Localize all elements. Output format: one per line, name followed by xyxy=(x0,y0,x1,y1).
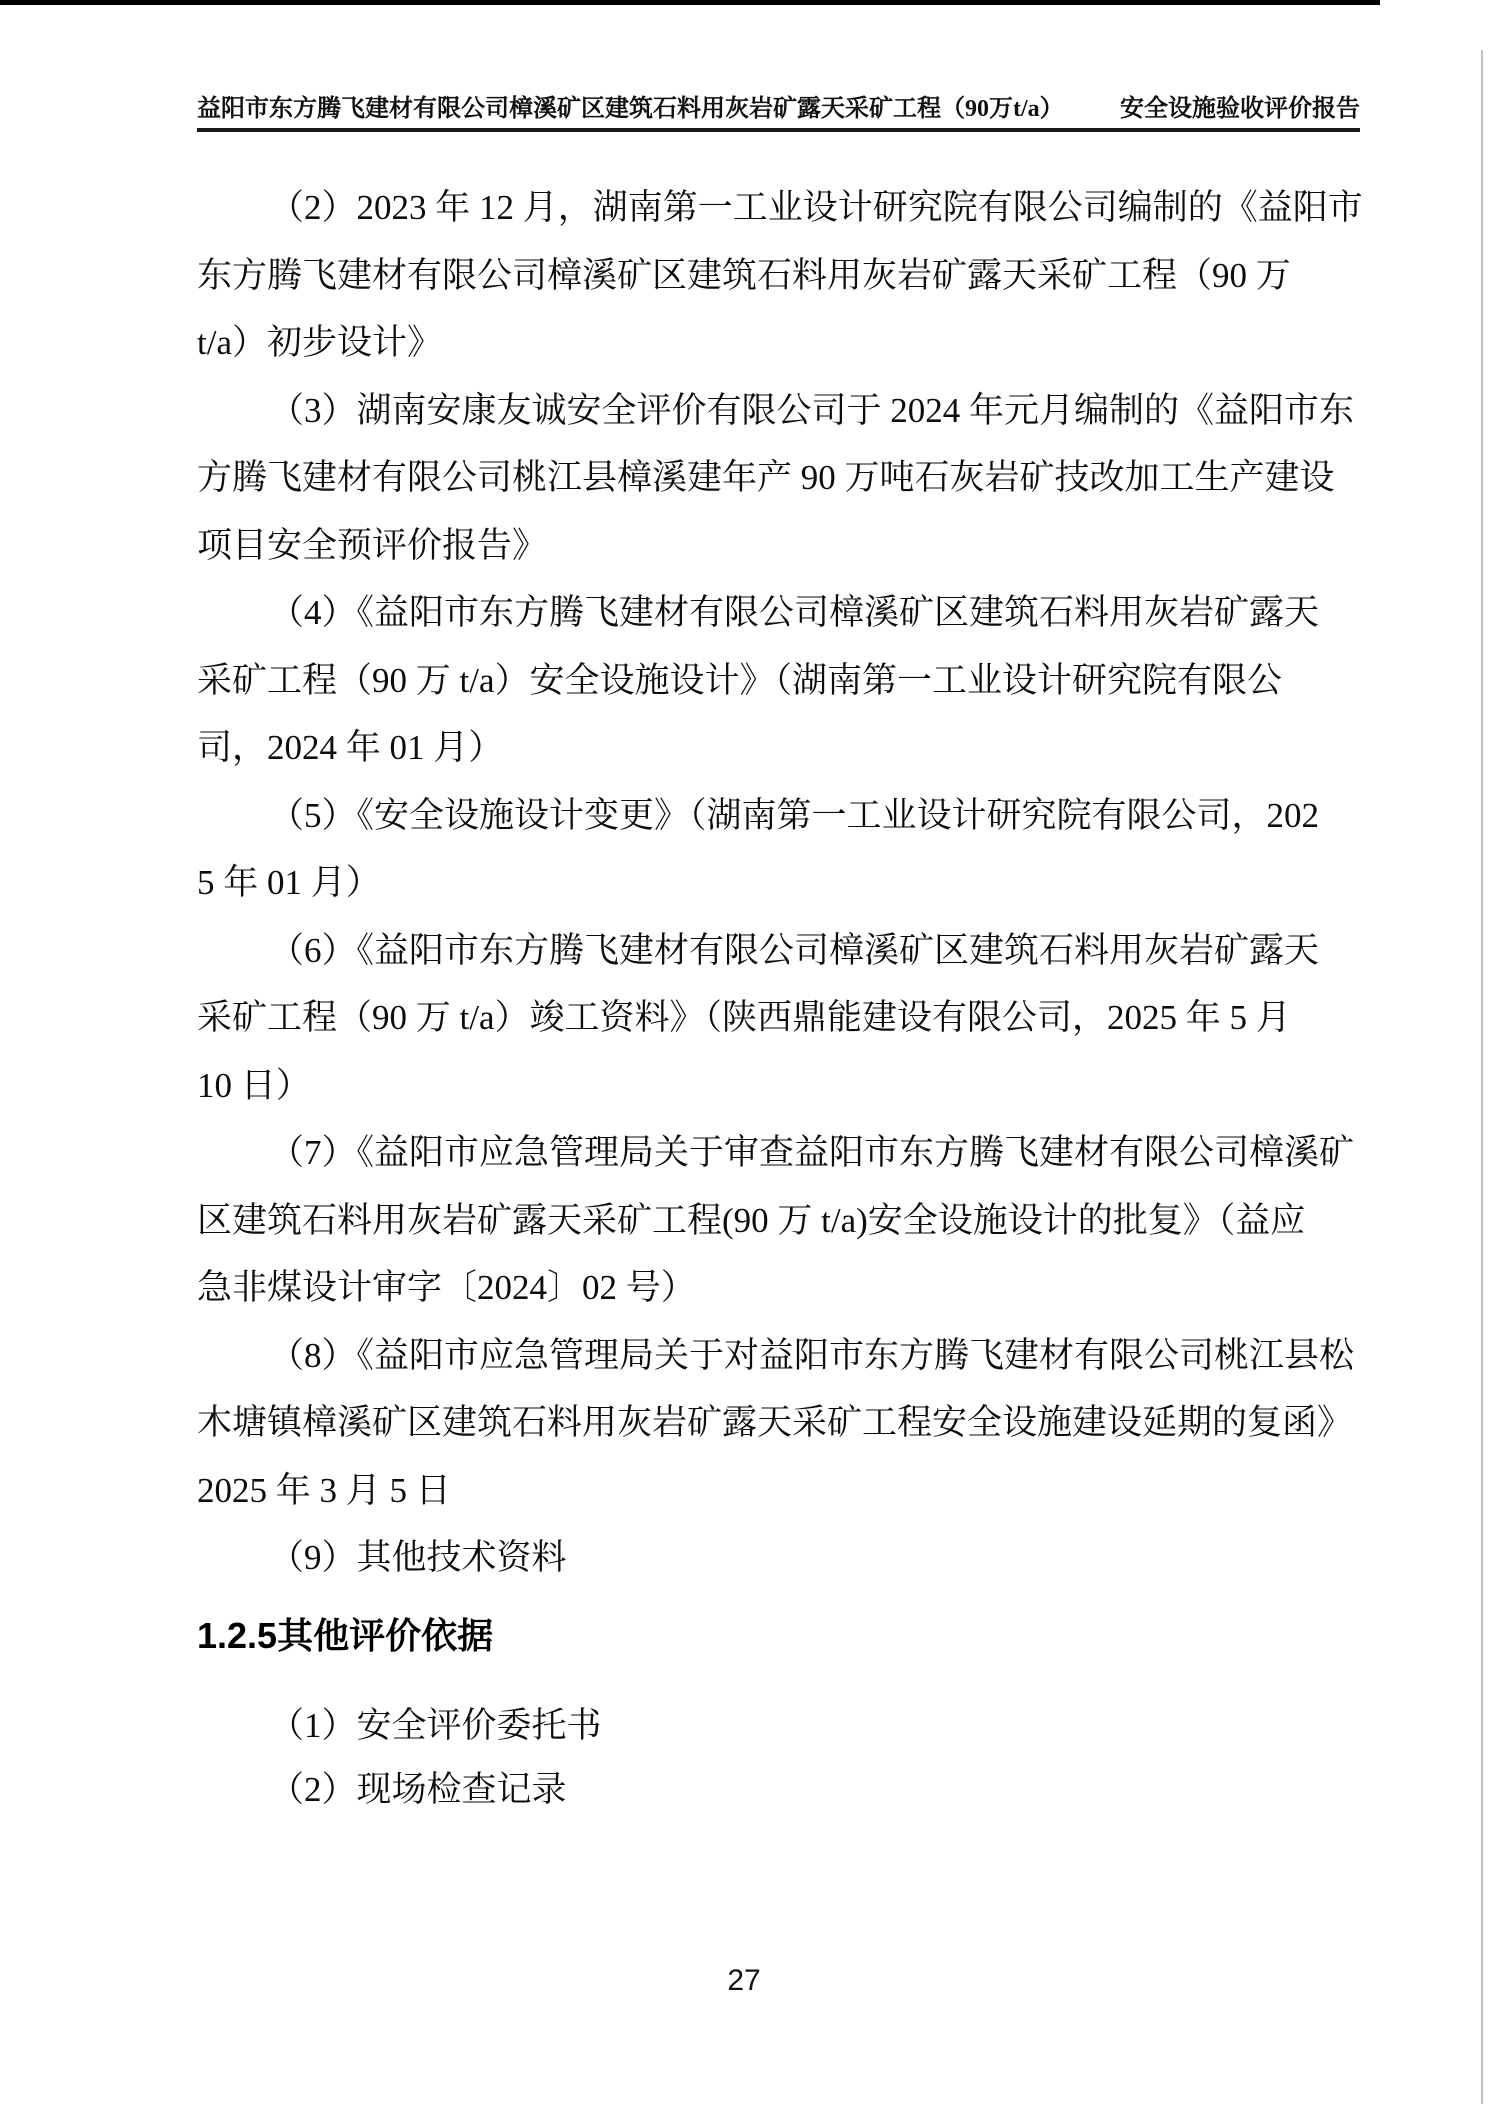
page-number: 27 xyxy=(0,1964,1488,1998)
body-line: 区建筑石料用灰岩矿露天采矿工程(90 万 t/a)安全设施设计的批复》（益应 xyxy=(197,1187,1357,1255)
section-heading: 1.2.5其他评价依据 xyxy=(197,1614,493,1658)
page-header: 益阳市东方腾飞建材有限公司樟溪矿区建筑石料用灰岩矿露天采矿工程（90万t/a） … xyxy=(197,94,1360,124)
list-item: （2）现场检查记录 xyxy=(197,1758,1357,1822)
other-basis-list: （1）安全评价委托书 （2）现场检查记录 xyxy=(197,1694,1357,1822)
body-line: （3）湖南安康友诚安全评价有限公司于 2024 年元月编制的《益阳市东 xyxy=(197,377,1357,445)
body-line: （8）《益阳市应急管理局关于对益阳市东方腾飞建材有限公司桃江县松 xyxy=(197,1322,1357,1390)
body-line: 2025 年 3 月 5 日 xyxy=(197,1457,1357,1525)
body-line: 方腾飞建材有限公司桃江县樟溪建年产 90 万吨石灰岩矿技改加工生产建设 xyxy=(197,444,1357,512)
body-line: （2）2023 年 12 月，湖南第一工业设计研究院有限公司编制的《益阳市 xyxy=(197,174,1357,242)
list-item: （1）安全评价委托书 xyxy=(197,1694,1357,1758)
body-line: （5）《安全设施设计变更》（湖南第一工业设计研究院有限公司，202 xyxy=(197,782,1357,850)
body-line: 项目安全预评价报告》 xyxy=(197,512,1357,580)
header-left-title: 益阳市东方腾飞建材有限公司樟溪矿区建筑石料用灰岩矿露天采矿工程（90万t/a） xyxy=(197,94,1064,124)
right-edge-scan-artifact xyxy=(1481,50,1483,2104)
body-line: （7）《益阳市应急管理局关于审查益阳市东方腾飞建材有限公司樟溪矿 xyxy=(197,1119,1357,1187)
body-line: （4）《益阳市东方腾飞建材有限公司樟溪矿区建筑石料用灰岩矿露天 xyxy=(197,579,1357,647)
body-line: 木塘镇樟溪矿区建筑石料用灰岩矿露天采矿工程安全设施建设延期的复函》 xyxy=(197,1389,1357,1457)
body-line: 急非煤设计审字〔2024〕02 号） xyxy=(197,1254,1357,1322)
body-line: （6）《益阳市东方腾飞建材有限公司樟溪矿区建筑石料用灰岩矿露天 xyxy=(197,917,1357,985)
body-line: 10 日） xyxy=(197,1052,1357,1120)
body-line: 东方腾飞建材有限公司樟溪矿区建筑石料用灰岩矿露天采矿工程（90 万 xyxy=(197,242,1357,310)
top-scan-artifact xyxy=(0,0,1380,5)
body-line: 采矿工程（90 万 t/a）安全设施设计》（湖南第一工业设计研究院有限公 xyxy=(197,647,1357,715)
header-rule xyxy=(197,128,1360,132)
body-line: t/a）初步设计》 xyxy=(197,309,1357,377)
body-line: 5 年 01 月） xyxy=(197,849,1357,917)
body-line: （9）其他技术资料 xyxy=(197,1524,1357,1592)
document-page: 益阳市东方腾飞建材有限公司樟溪矿区建筑石料用灰岩矿露天采矿工程（90万t/a） … xyxy=(0,0,1488,2104)
body-line: 司，2024 年 01 月） xyxy=(197,714,1357,782)
header-right-title: 安全设施验收评价报告 xyxy=(1120,94,1360,124)
body-text: （2）2023 年 12 月，湖南第一工业设计研究院有限公司编制的《益阳市 东方… xyxy=(197,174,1357,1592)
body-line: 采矿工程（90 万 t/a）竣工资料》（陕西鼎能建设有限公司，2025 年 5 … xyxy=(197,984,1357,1052)
